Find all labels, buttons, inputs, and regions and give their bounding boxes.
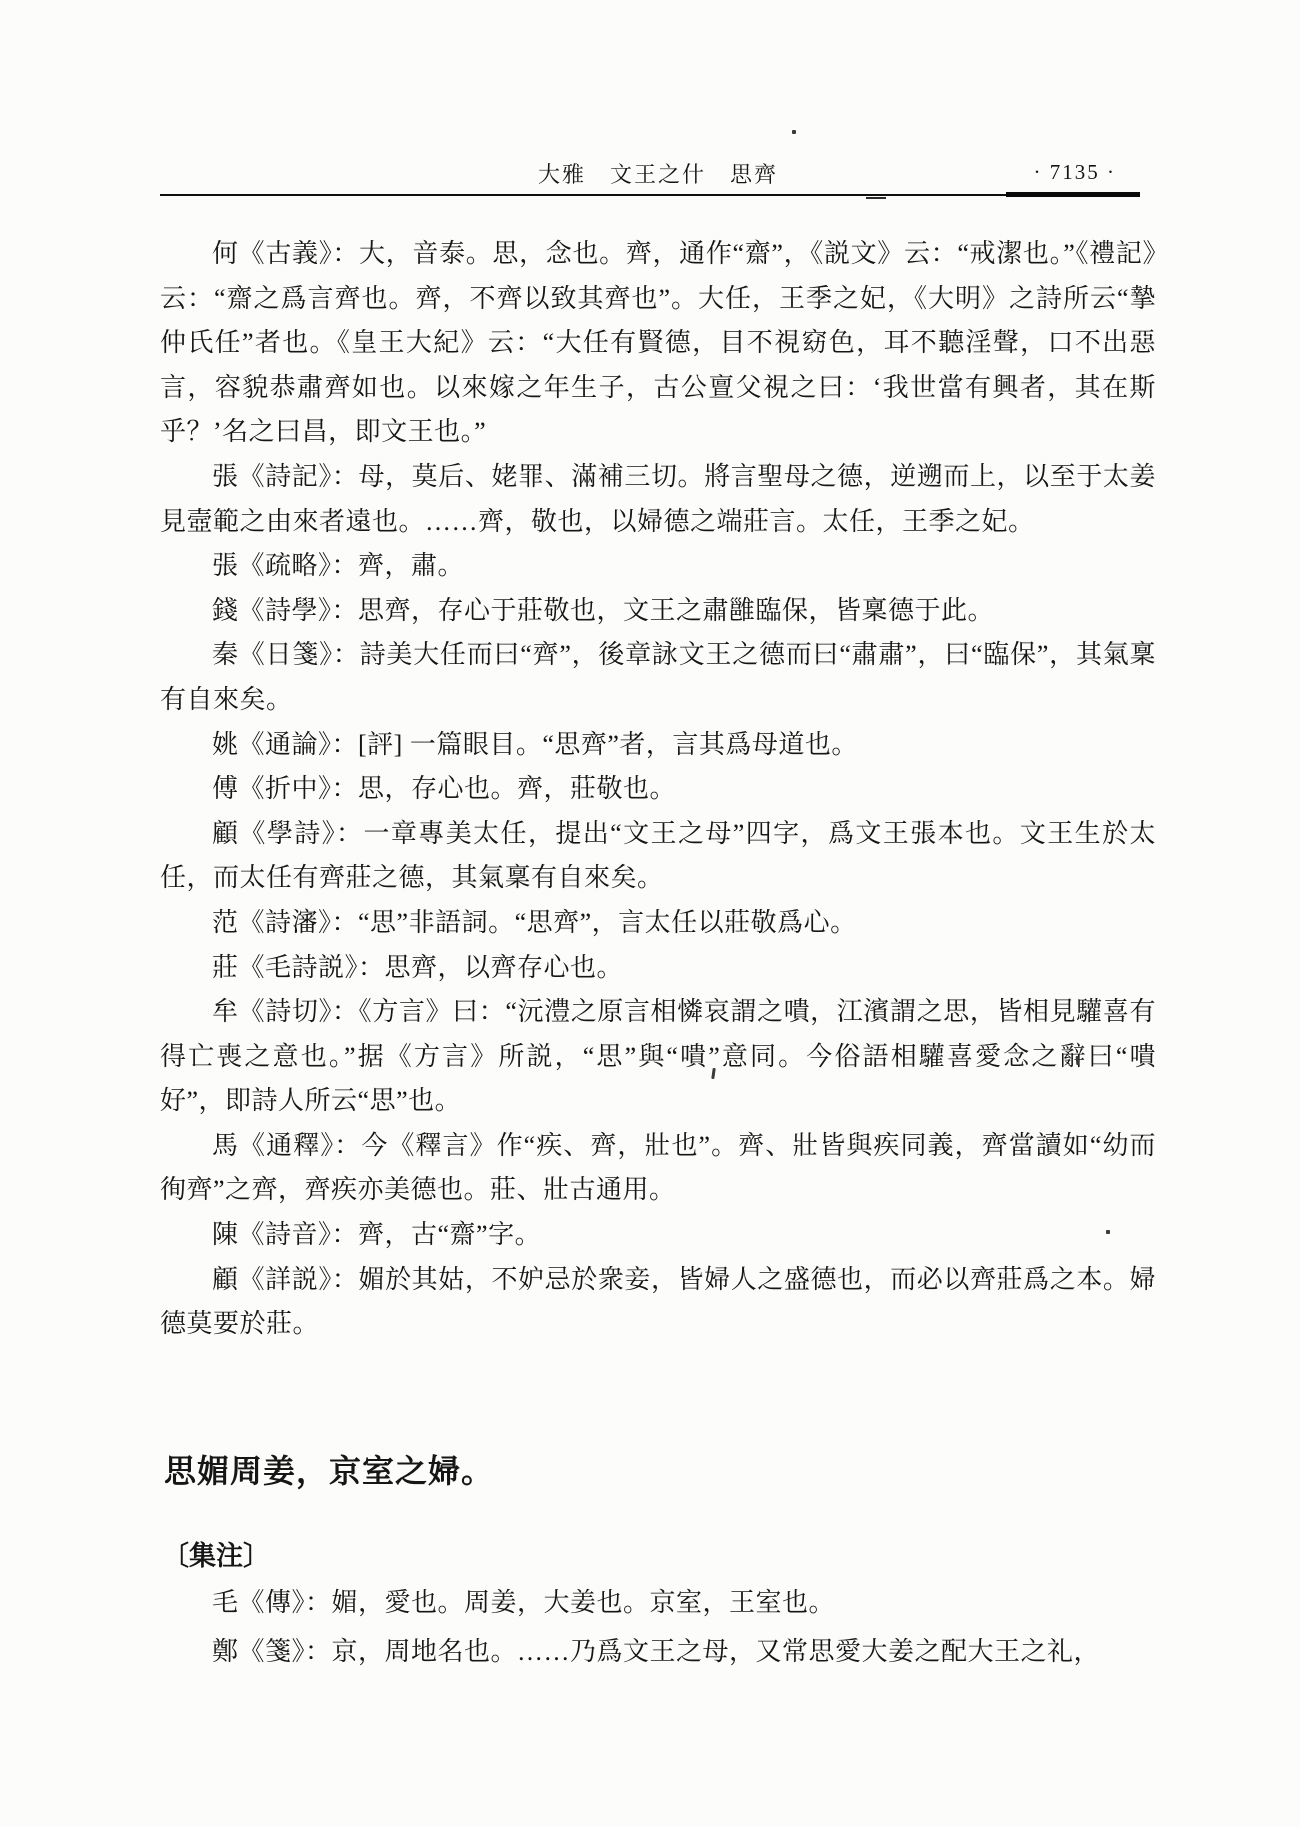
header-rule-thin-segment [160,194,1006,196]
commentary-paragraph: 顧《學詩》：一章專美太任，提出“文王之母”四字，爲文王張本也。文王生於太任，而太… [160,812,1156,901]
commentary-paragraph: 張《疏略》：齊，肅。 [160,544,1156,589]
commentary-paragraph: 莊《毛詩説》：思齊，以齊存心也。 [160,946,1156,991]
commentary-paragraph: 范《詩瀋》：“思”非語詞。“思齊”，言太任以莊敬爲心。 [160,901,1156,946]
header-rule-thick-segment [1006,192,1140,197]
commentary-paragraph: 馬《通釋》：今《釋言》作“疾、齊，壯也”。齊、壯皆與疾同義，齊當讀如“幼而徇齊”… [160,1124,1156,1213]
page-number: · 7135 · [1034,160,1117,185]
verse-heading: 思媚周姜，京室之婦。 [164,1446,494,1492]
running-title: 大雅 文王之什 思齊 [160,158,1156,189]
commentary-paragraph: 秦《日箋》：詩美大任而曰“齊”，後章詠文王之德而曰“肅肅”，曰“臨保”，其氣稟有… [160,633,1156,722]
section-label: 〔集注〕 [162,1534,270,1573]
commentary-block: 何《古義》：大，音泰。思，念也。齊，通作“齋”，《説文》云：“戒潔也。”《禮記》… [160,232,1156,1347]
header-rule [160,192,1156,200]
commentary-paragraph: 陳《詩音》：齊，古“齋”字。 [160,1213,1156,1258]
commentary-paragraph: 顧《詳説》：媚於其姑，不妒忌於衆妾，皆婦人之盛德也，而必以齊莊爲之本。婦德莫要於… [160,1258,1156,1347]
jizhu-paragraph: 毛《傳》：媚，愛也。周姜，大姜也。京室，王室也。 [160,1578,1156,1627]
jizhu-block: 毛《傳》：媚，愛也。周姜，大姜也。京室，王室也。鄭《箋》：京，周地名也。……乃爲… [160,1578,1156,1676]
header-rule-dash-artifact [866,197,886,199]
jizhu-paragraph: 鄭《箋》：京，周地名也。……乃爲文王之母，又常思愛大姜之配大王之礼， [160,1627,1156,1676]
commentary-paragraph: 姚《通論》：[評] 一篇眼目。“思齊”者，言其爲母道也。 [160,723,1156,768]
commentary-paragraph: 何《古義》：大，音泰。思，念也。齊，通作“齋”，《説文》云：“戒潔也。”《禮記》… [160,232,1156,455]
scanned-book-page: 大雅 文王之什 思齊 · 7135 · 何《古義》：大，音泰。思，念也。齊，通作… [0,0,1300,1827]
scan-artifact [1106,1230,1110,1234]
commentary-paragraph: 牟《詩切》：《方言》曰：“沅澧之原言相憐哀謂之嘳，江濱謂之思，皆相見驩喜有得亡喪… [160,990,1156,1124]
commentary-paragraph: 錢《詩學》：思齊，存心于莊敬也，文王之肅雝臨保，皆稟德于此。 [160,589,1156,634]
scan-artifact [792,130,796,134]
commentary-paragraph: 傅《折中》：思，存心也。齊，莊敬也。 [160,767,1156,812]
commentary-paragraph: 張《詩記》：母，莫后、姥罪、滿補三切。將言聖母之德，逆遡而上，以至于太姜見壼範之… [160,455,1156,544]
